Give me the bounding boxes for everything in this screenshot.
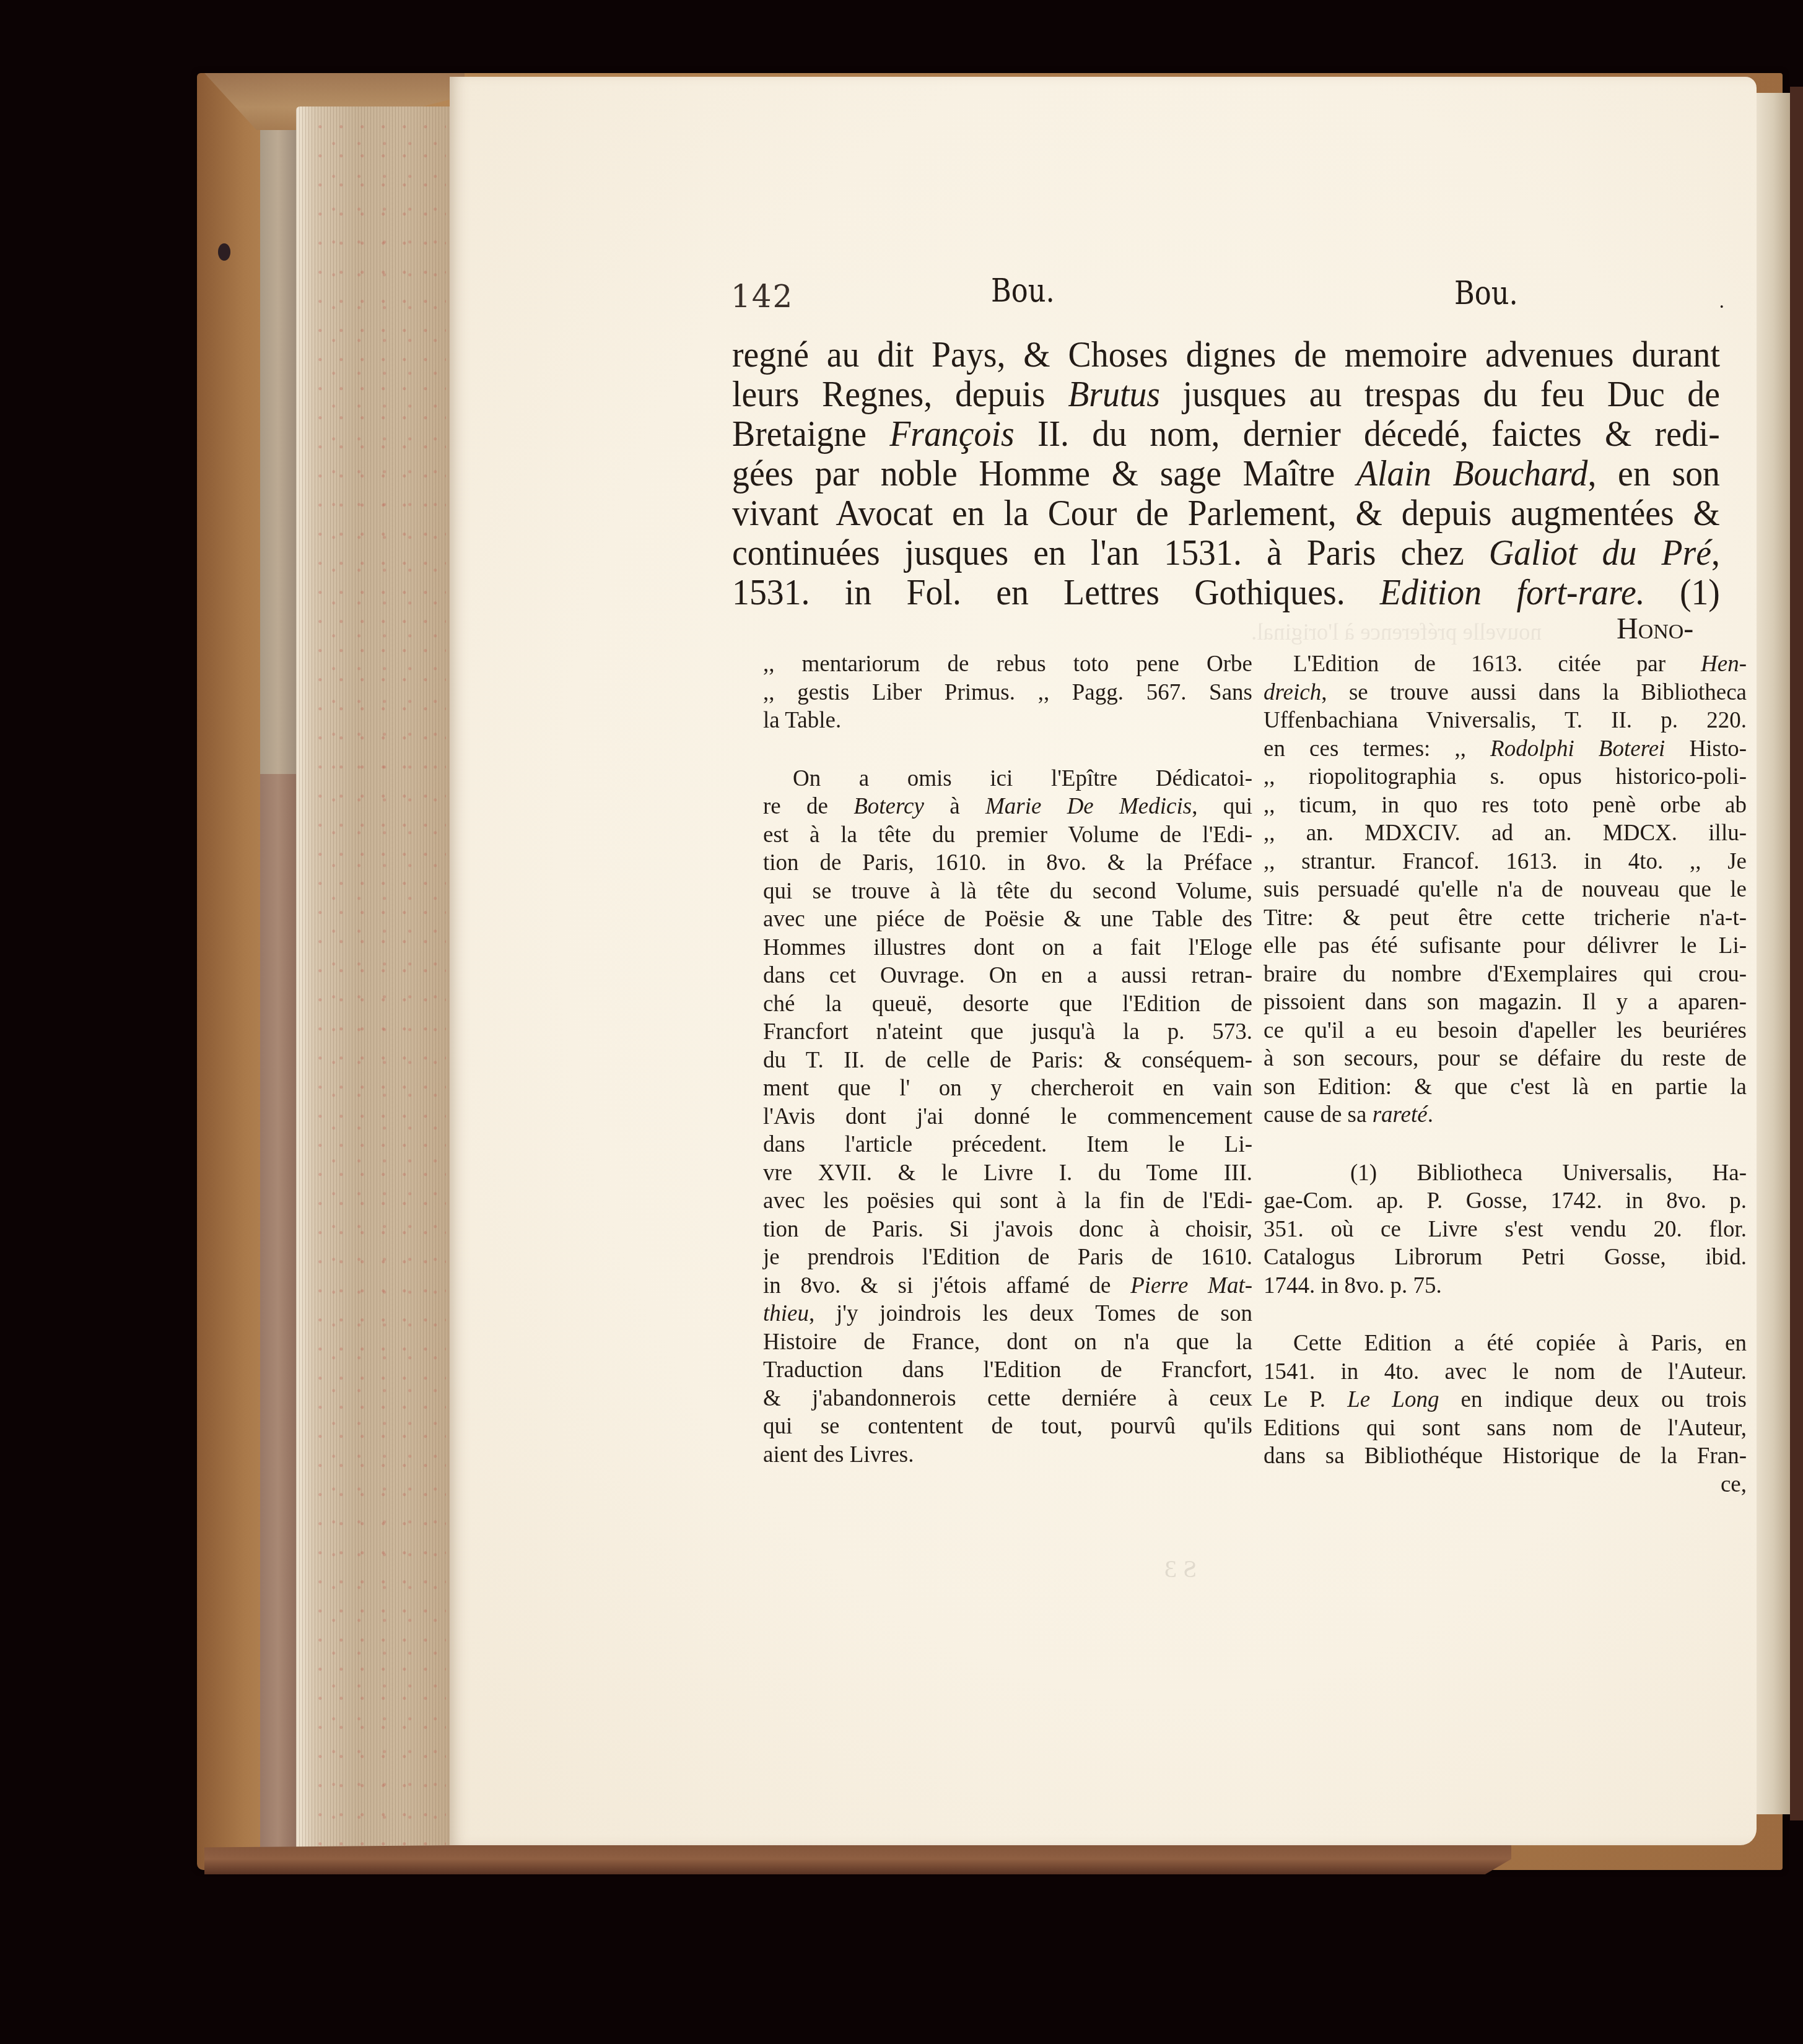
text-line: ment que l' on y chercheroit en vain: [763, 1074, 1252, 1103]
running-head-right: Bou.: [1454, 275, 1518, 312]
page-number: 142: [731, 279, 793, 315]
title-line: regné au dit Pays, & Choses dignes de me…: [732, 334, 1720, 374]
text-line: dans l'article précedent. Item le Li-: [763, 1131, 1252, 1159]
cover-pin-mark: [218, 243, 230, 261]
text-line: in 8vo. & si j'étois affamé de Pierre Ma…: [763, 1272, 1252, 1300]
footnote-line: gae-Com. ap. P. Gosse, 1742. in 8vo. p.: [1264, 1187, 1747, 1216]
catchword: Hono-: [1617, 612, 1693, 646]
text-line: tion de Paris. Si j'avois donc à choisir…: [763, 1216, 1252, 1244]
paragraph-omissions: On a omis ici l'Epître Dédicatoi- re de …: [763, 765, 1252, 1469]
facing-page-edge: [1757, 93, 1790, 1814]
text-line: aient des Livres.: [763, 1441, 1252, 1469]
title-italic: Edition fort-rare.: [1380, 572, 1645, 612]
title-line: continuées jusques en l'an 1531. à Paris…: [732, 533, 1720, 572]
text-line: est à la tête du premier Volume de l'Edi…: [763, 821, 1252, 850]
text-line: je prendrois l'Edition de Paris de 1610.: [763, 1243, 1252, 1272]
paragraph-quote-end: ,, mentariorum de rebus toto pene Orbe ,…: [763, 650, 1252, 735]
footnote-line: 1744. in 8vo. p. 75.: [1264, 1272, 1747, 1300]
title-italic: Galiot du Pré: [1489, 532, 1711, 573]
text-line: Editions qui sont sans nom de l'Auteur,: [1264, 1414, 1747, 1443]
text-line: tion de Paris, 1610. in 8vo. & la Préfac…: [763, 849, 1252, 877]
footnote-line: Catalogus Librorum Petri Gosse, ibid.: [1264, 1243, 1747, 1272]
title-text: II. du nom, dernier décedé, faictes & re…: [1015, 413, 1720, 454]
text-line: avec les poësies qui sont à la fin de l'…: [763, 1187, 1252, 1216]
title-italic: François: [889, 413, 1014, 454]
title-italic: Brutus: [1068, 373, 1160, 414]
text-line: ,, an. MDXCIV. ad an. MDCX. illu-: [1264, 819, 1747, 848]
text-line: cause de sa rareté.: [1264, 1101, 1747, 1129]
title-line: Bretaigne François II. du nom, dernier d…: [732, 414, 1720, 453]
title-text: leurs Regnes, depuis: [732, 373, 1068, 414]
title-text: (1): [1645, 572, 1720, 612]
text-line: elle pas été sufisante pour délivrer le …: [1264, 932, 1747, 960]
text-line: Titre: & peut être cette tricherie n'a-t…: [1264, 904, 1747, 933]
right-column: L'Edition de 1613. citée par Hen- dreich…: [1264, 650, 1747, 1528]
text-line: Cette Edition a été copiée à Paris, en: [1264, 1329, 1747, 1358]
text-line: Uffenbachiana Vniversalis, T. II. p. 220…: [1264, 707, 1747, 735]
text-line: ,, strantur. Francof. 1613. in 4to. ,, J…: [1264, 848, 1747, 876]
title-text: regné au dit Pays, & Choses dignes de me…: [732, 334, 1720, 375]
text-line: dreich, se trouve aussi dans la Biblioth…: [1264, 679, 1747, 707]
title-text: , en son: [1588, 453, 1720, 494]
text-line: vre XVII. & le Livre I. du Tome III.: [763, 1159, 1252, 1188]
title-line: leurs Regnes, depuis Brutus jusques au t…: [732, 374, 1720, 414]
title-line: gées par noble Homme & sage Maître Alain…: [732, 453, 1720, 493]
title-text: gées par noble Homme & sage Maître: [732, 453, 1356, 494]
paragraph-edition-1613: L'Edition de 1613. citée par Hen- dreich…: [1264, 650, 1747, 1129]
text-line: ,, ticum, in quo res toto penè orbe ab: [1264, 791, 1747, 820]
running-head-mark: .: [1719, 291, 1725, 313]
footnote-line: (1) Bibliotheca Universalis, Ha-: [1264, 1159, 1747, 1188]
title-text: vivant Avocat en la Cour de Parlement, &…: [732, 492, 1720, 533]
text-line: ,, mentariorum de rebus toto pene Orbe: [763, 650, 1252, 679]
text-line: avec une piéce de Poësie & une Table des: [763, 905, 1252, 934]
text-line: braire du nombre d'Exemplaires qui crou-: [1264, 960, 1747, 989]
title-italic: Alain Bouchard: [1356, 453, 1588, 494]
text-line: Histoire de France, dont on n'a que la: [763, 1328, 1252, 1357]
footnote-line: 351. où ce Livre s'est vendu 20. flor.: [1264, 1216, 1747, 1244]
footnote-1: (1) Bibliotheca Universalis, Ha- gae-Com…: [1264, 1159, 1747, 1300]
text-line: 1541. in 4to. avec le nom de l'Auteur.: [1264, 1358, 1747, 1386]
text-line: pissoient dans son magazin. Il y a apare…: [1264, 988, 1747, 1017]
title-block: regné au dit Pays, & Choses dignes de me…: [732, 334, 1720, 612]
show-through-signature: S 3: [1164, 1554, 1197, 1583]
text-line: ,, riopolitographia s. opus historico-po…: [1264, 763, 1747, 791]
sprinkled-edge-decoration: [316, 124, 446, 1858]
title-text: continuées jusques en l'an 1531. à Paris…: [732, 532, 1489, 573]
text-line: On a omis ici l'Epître Dédicatoi-: [763, 765, 1252, 793]
running-head-left: Bou.: [991, 272, 1055, 310]
text-line: thieu, j'y joindrois les deux Tomes de s…: [763, 1300, 1252, 1328]
paragraph-copie-paris: Cette Edition a été copiée à Paris, en 1…: [1264, 1329, 1747, 1498]
text-line: du T. II. de celle de Paris: & conséquem…: [763, 1046, 1252, 1075]
title-line: vivant Avocat en la Cour de Parlement, &…: [732, 493, 1720, 533]
left-column: ,, mentariorum de rebus toto pene Orbe ,…: [763, 650, 1252, 1498]
text-line: & j'abandonnerois cette derniére à ceux: [763, 1385, 1252, 1413]
facing-cover-edge: [1790, 87, 1803, 1820]
text-line: ce qu'il a eu besoin d'apeller les beuri…: [1264, 1017, 1747, 1045]
text-line: Le P. Le Long en indique deux ou trois: [1264, 1386, 1747, 1414]
text-line: dans sa Bibliothéque Historique de la Fr…: [1264, 1442, 1747, 1471]
title-text: ,: [1711, 532, 1720, 573]
text-line: la Table.: [763, 707, 1252, 735]
text-line: ce,: [1264, 1471, 1747, 1499]
text-line: Francfort n'ateint que jusqu'à la p. 573…: [763, 1018, 1252, 1046]
text-line: Traduction dans l'Edition de Francfort,: [763, 1356, 1252, 1385]
text-line: re de Botercy à Marie De Medicis, qui: [763, 793, 1252, 821]
text-line: qui se trouve à là tête du second Volume…: [763, 877, 1252, 906]
text-line: Hommes illustres dont on a fait l'Eloge: [763, 934, 1252, 962]
text-line: l'Avis dont j'ai donné le commencement: [763, 1103, 1252, 1131]
running-head: 142 Bou. Bou. .: [731, 272, 1722, 322]
text-line: ,, gestis Liber Primus. ,, Pagg. 567. Sa…: [763, 679, 1252, 707]
endpaper-strip-marbled: [260, 774, 296, 1864]
title-text: Bretaigne: [732, 413, 889, 454]
title-text: jusques au trespas du feu Duc de: [1160, 373, 1720, 414]
text-line: en ces termes: ,, Rodolphi Boterei Histo…: [1264, 735, 1747, 763]
text-line: ché la queuë, desorte que l'Edition de: [763, 990, 1252, 1019]
text-line: qui se contentent de tout, pourvû qu'ils: [763, 1412, 1252, 1441]
text-line: suis persuadé qu'elle n'a de nouveau que…: [1264, 876, 1747, 904]
text-line: dans cet Ouvrage. On en a aussi retran-: [763, 962, 1252, 990]
text-line: son Edition: & que c'est là en partie la: [1264, 1073, 1747, 1102]
title-text: 1531. in Fol. en Lettres Gothiques.: [732, 572, 1380, 612]
text-line: à son secours, pour se défaire du reste …: [1264, 1045, 1747, 1073]
text-line: L'Edition de 1613. citée par Hen-: [1264, 650, 1747, 679]
title-line: 1531. in Fol. en Lettres Gothiques. Edit…: [732, 572, 1720, 612]
